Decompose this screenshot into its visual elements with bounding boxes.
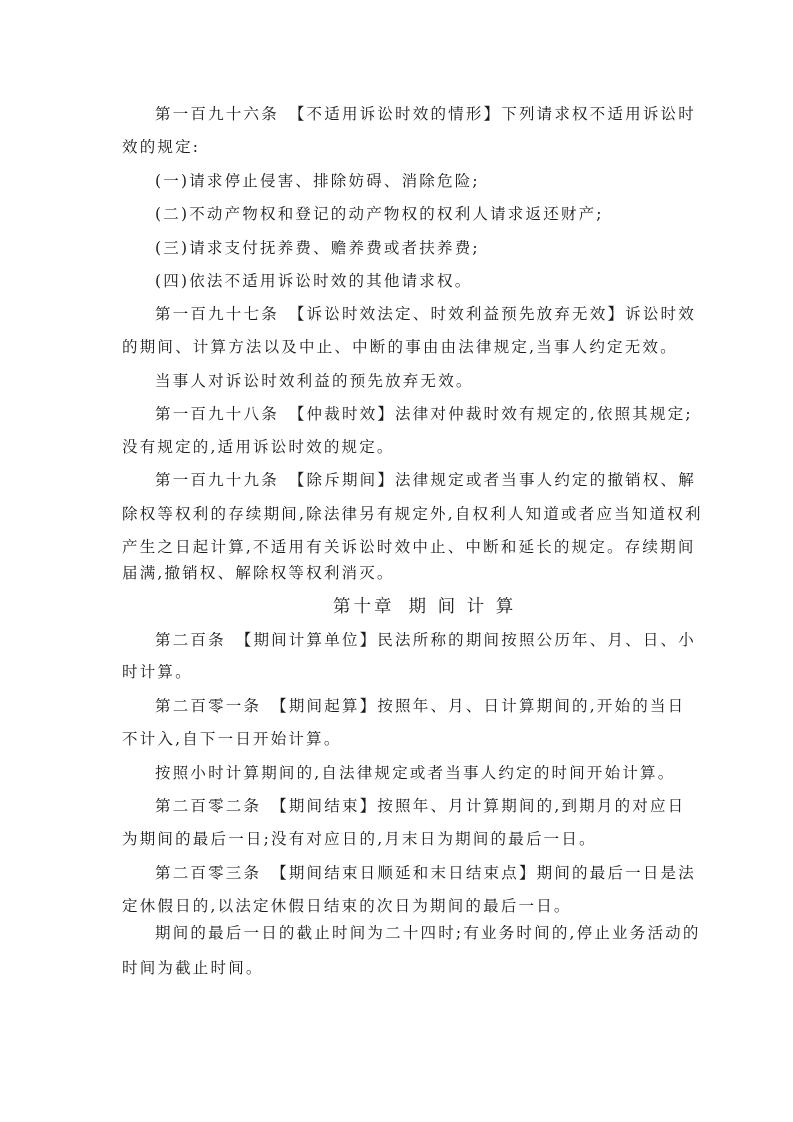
paragraph-line-first: 当事人对诉讼时效利益的预先放弃无效。 — [155, 369, 674, 393]
paragraph-line: 不计入,自下一日开始计算。 — [122, 727, 674, 751]
paragraph-line: 定休假日的,以法定休假日结束的次日为期间的最后一日。 — [122, 894, 674, 918]
paragraph-line-first: 第一百九十七条 【诉讼时效法定、时效利益预先放弃无效】诉讼时效 — [155, 302, 674, 326]
paragraph-line-first: (三)请求支付抚养费、赡养费或者扶养费; — [155, 236, 674, 260]
paragraph-line: 除权等权利的存续期间,除法律另有规定外,自权利人知道或者应当知道权利 — [122, 502, 674, 526]
paragraph-line-first: 第一百九十九条 【除斥期间】法律规定或者当事人约定的撤销权、解 — [155, 468, 674, 492]
paragraph-line: 时间为截止时间。 — [122, 956, 674, 980]
document-page: 第一百九十六条 【不适用诉讼时效的情形】下列请求权不适用诉讼时效的规定:(一)请… — [0, 0, 793, 1122]
paragraph-line: 的期间、计算方法以及中止、中断的事由由法律规定,当事人约定无效。 — [122, 335, 674, 359]
paragraph-line-first: (二)不动产物权和登记的动产物权的权利人请求返还财产; — [155, 202, 674, 226]
paragraph-line: 没有规定的,适用诉讼时效的规定。 — [122, 435, 674, 459]
paragraph-line-first: (四)依法不适用诉讼时效的其他请求权。 — [155, 269, 674, 293]
paragraph-line-first: 第二百零一条 【期间起算】按照年、月、日计算期间的,开始的当日 — [155, 694, 674, 718]
chapter-number: 第十章 — [333, 597, 395, 617]
paragraph-line: 为期间的最后一日;没有对应日的,月末日为期间的最后一日。 — [122, 827, 674, 851]
paragraph-line: 届满,撤销权、解除权等权利消灭。 — [122, 561, 674, 585]
paragraph-line-first: 第二百条 【期间计算单位】民法所称的期间按照公历年、月、日、小 — [155, 628, 674, 652]
paragraph-line-first: (一)请求停止侵害、排除妨碍、消除危险; — [155, 169, 674, 193]
chapter-title: 期 间 计 算 — [409, 597, 517, 617]
paragraph-line-first: 期间的最后一日的截止时间为二十四时;有业务时间的,停止业务活动的 — [155, 921, 674, 945]
paragraph-line: 效的规定: — [122, 135, 674, 159]
paragraph-line: 时计算。 — [122, 660, 674, 684]
paragraph-line: 产生之日起计算,不适用有关诉讼时效中止、中断和延长的规定。存续期间 — [122, 535, 674, 559]
chapter-heading: 第十章期 间 计 算 — [333, 594, 503, 620]
paragraph-line-first: 第二百零二条 【期间结束】按照年、月计算期间的,到期月的对应日 — [155, 794, 674, 818]
paragraph-line-first: 第一百九十八条 【仲裁时效】法律对仲裁时效有规定的,依照其规定; — [155, 402, 674, 426]
paragraph-line-first: 第一百九十六条 【不适用诉讼时效的情形】下列请求权不适用诉讼时 — [155, 102, 674, 126]
paragraph-line-first: 按照小时计算期间的,自法律规定或者当事人约定的时间开始计算。 — [155, 761, 674, 785]
paragraph-line-first: 第二百零三条 【期间结束日顺延和末日结束点】期间的最后一日是法 — [155, 861, 674, 885]
